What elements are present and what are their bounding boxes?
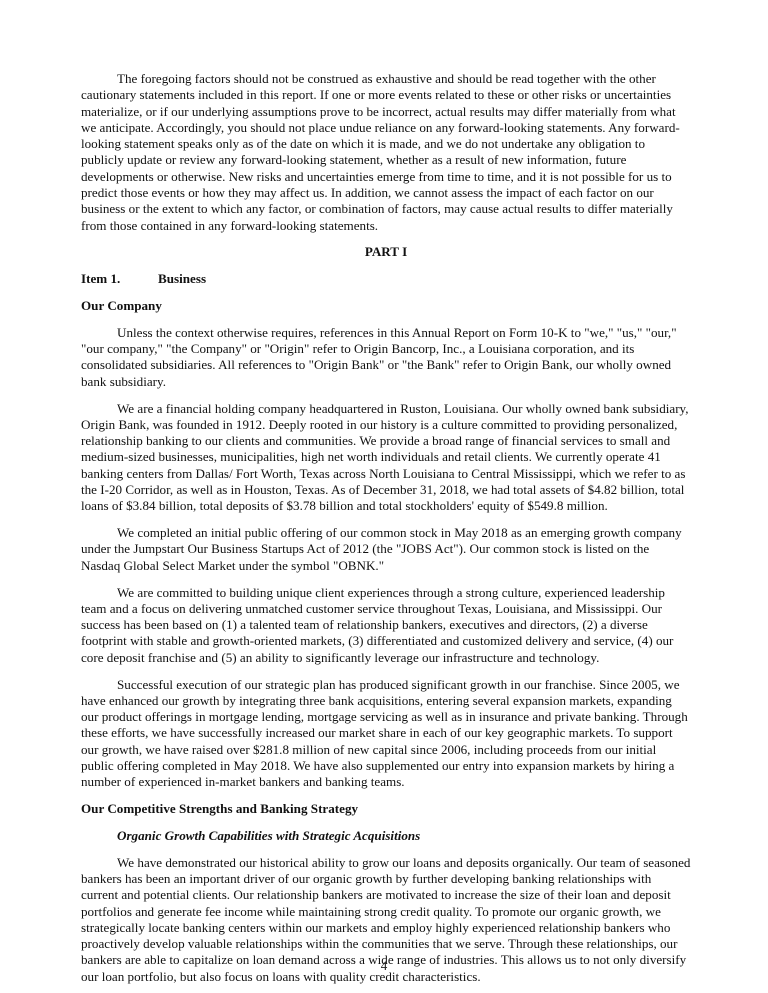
item-heading: Item 1.Business [81,271,691,287]
document-page: The foregoing factors should not be cons… [81,71,691,993]
page-number: 4 [0,958,768,974]
paragraph: We are committed to building unique clie… [81,585,691,666]
subheading-organic-growth: Organic Growth Capabilities with Strateg… [81,828,691,844]
forward-looking-paragraph: The foregoing factors should not be cons… [81,71,691,234]
part-heading: PART I [81,244,691,260]
paragraph: We completed an initial public offering … [81,525,691,574]
paragraph: Successful execution of our strategic pl… [81,677,691,791]
section-heading-strengths: Our Competitive Strengths and Banking St… [81,801,691,817]
paragraph: We are a financial holding company headq… [81,401,691,515]
item-number: Item 1. [81,271,158,287]
section-heading-our-company: Our Company [81,298,691,314]
paragraph: Unless the context otherwise requires, r… [81,325,691,390]
item-title: Business [158,271,206,286]
